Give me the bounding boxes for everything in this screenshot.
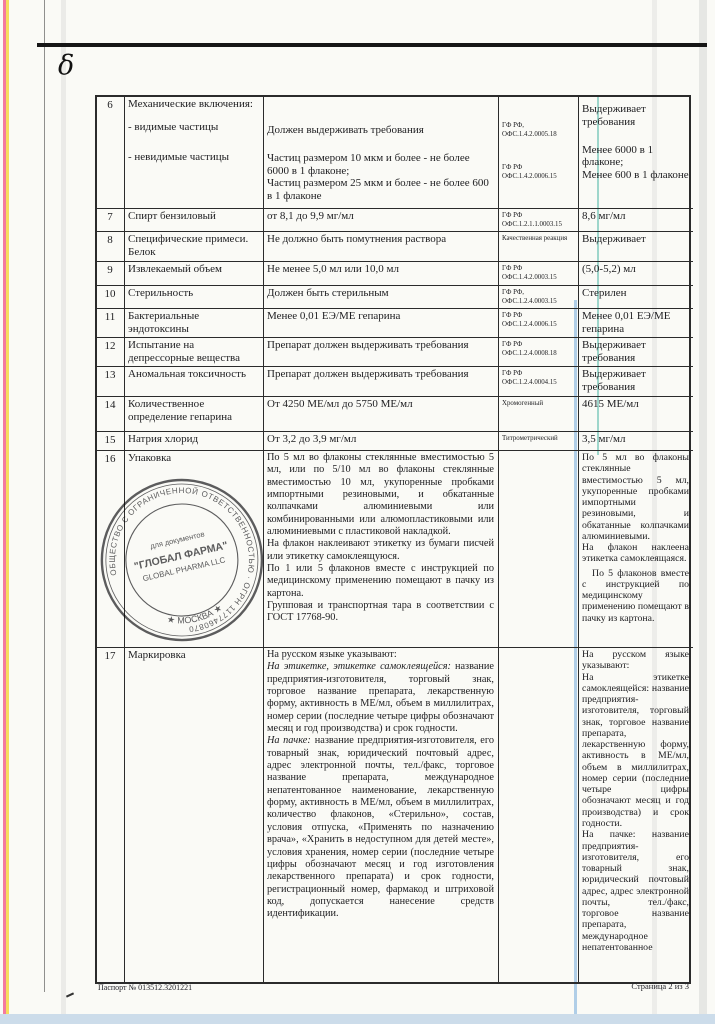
lead-italic: На этикетке, этикетке самоклеящейся: <box>267 661 451 672</box>
cell-paragraph: На флакон наклеивают этикетку из бумаги … <box>267 538 494 563</box>
row7-result: 8,6 мг/мл <box>579 209 693 232</box>
row11-method: ГФ РФ ОФС.1.2.4.0006.15 <box>499 309 579 338</box>
scan-stripe-yellow <box>6 0 9 1024</box>
row9-method: ГФ РФ ОФС.1.4.2.0003.15 <box>499 262 579 286</box>
page-indicator: Страница 2 из 3 <box>631 981 689 991</box>
row15-result: 3,5 мг/мл <box>579 432 693 451</box>
scan-band-left <box>61 0 66 1024</box>
row10-method: ГФ РФ, ОФС.1.2.4.0003.15 <box>499 286 579 309</box>
cell-paragraph: На русском языке указывают: <box>582 649 689 672</box>
cell-paragraph: На русском языке указывают: <box>267 649 494 661</box>
row13-result: Выдерживает требования <box>579 367 693 397</box>
row9-requirement: Не менее 5,0 мл или 10,0 мл <box>264 262 499 286</box>
row7-requirement: от 8,1 до 9,9 мг/мл <box>264 209 499 232</box>
row16-requirement: По 5 мл во флаконы стеклянные вместимост… <box>264 451 499 648</box>
cell-line: - видимые частицы <box>128 121 259 134</box>
cell-paragraph: На этикетке, этикетке самоклеящейся:назв… <box>267 661 494 735</box>
cell-paragraph: По 5 мл во флаконы стеклянные вместимост… <box>582 452 689 542</box>
scan-stripe-magenta <box>3 0 6 1024</box>
row14-requirement: От 4250 МЕ/мл до 5750 МЕ/мл <box>264 397 499 432</box>
row17-requirement: На русском языке указывают: На этикетке,… <box>264 648 499 982</box>
row15-number: 15 <box>97 432 125 451</box>
cell-paragraph: Групповая и транспортная тара в соответс… <box>267 600 494 625</box>
cell-line: Частиц размером 10 мкм и более - не боле… <box>267 152 494 178</box>
row13-name: Аномальная токсичность <box>125 367 264 397</box>
row11-name: Бактериальные эндотоксины <box>125 309 264 338</box>
row9-name: Извлекаемый объем <box>125 262 264 286</box>
cell-line: ГФ РФ ОФС.1.4.2.0006.15 <box>502 164 558 182</box>
row17-name: Маркировка <box>125 648 264 982</box>
row6-number: 6 <box>97 97 125 209</box>
row8-result: Выдерживает <box>579 232 693 262</box>
row17-result: На русском языке указывают: На этикетке … <box>579 648 693 982</box>
handwritten-mark: δ <box>58 50 74 81</box>
top-rule-line <box>37 43 707 47</box>
row12-requirement: Препарат должен выдерживать требования <box>264 338 499 367</box>
scanned-document-page: δ 6 Механические включения: - видимые ча… <box>0 0 715 1024</box>
row14-number: 14 <box>97 397 125 432</box>
row17-number: 17 <box>97 648 125 982</box>
row7-method: ГФ РФ ОФС.1.2.1.1.0003.15 <box>499 209 579 232</box>
cell-line: Менее 6000 в 1 флаконе; <box>582 144 689 170</box>
row10-number: 10 <box>97 286 125 309</box>
row12-number: 12 <box>97 338 125 367</box>
row7-name: Спирт бензиловый <box>125 209 264 232</box>
row9-result: (5,0-5,2) мл <box>579 262 693 286</box>
row14-result: 4615 МЕ/мл <box>579 397 693 432</box>
row13-method: ГФ РФ ОФС.1.2.4.0004.15 <box>499 367 579 397</box>
row15-name: Натрия хлорид <box>125 432 264 451</box>
row8-requirement: Не должно быть помутнения раствора <box>264 232 499 262</box>
lead-italic: На пачке: <box>267 735 311 746</box>
page-edge-line <box>44 0 45 992</box>
cell-line: Выдерживает требования <box>582 103 689 129</box>
row6-name: Механические включения: - видимые частиц… <box>125 97 264 209</box>
row15-requirement: От 3,2 до 3,9 мг/мл <box>264 432 499 451</box>
pen-tick-mark <box>66 992 74 997</box>
cell-line: Частиц размером 25 мкм и более - не боле… <box>267 177 494 203</box>
cell-paragraph: На этикетке самоклеящейся: название пред… <box>582 672 689 830</box>
row6-method: ГФ РФ, ОФС.1.4.2.0005.18 ГФ РФ ОФС.1.4.2… <box>499 97 579 209</box>
row13-requirement: Препарат должен выдерживать требования <box>264 367 499 397</box>
scan-band-right <box>699 0 707 1024</box>
row15-method: Титрометрический <box>499 432 579 451</box>
row10-result: Стерилен <box>579 286 693 309</box>
cell-line: Механические включения: <box>128 98 259 111</box>
row11-number: 11 <box>97 309 125 338</box>
row14-method: Хромогенный <box>499 397 579 432</box>
cell-paragraph: По 1 или 5 флаконов вместе с инструкцией… <box>267 563 494 600</box>
row12-method: ГФ РФ ОФС.1.2.4.0008.18 <box>499 338 579 367</box>
row8-method: Качественная реакция <box>499 232 579 262</box>
row10-name: Стерильность <box>125 286 264 309</box>
paragraph-text: название предприятия-изготовителя, его т… <box>267 735 494 919</box>
row16-result: По 5 мл во флаконы стеклянные вместимост… <box>579 451 693 648</box>
cell-line: Менее 600 в 1 флаконе <box>582 169 689 182</box>
row17-method <box>499 648 579 982</box>
row14-name: Количественное определение гепарина <box>125 397 264 432</box>
cell-line: ГФ РФ, ОФС.1.4.2.0005.18 <box>502 122 574 140</box>
row16-method <box>499 451 579 648</box>
cell-paragraph: На пачке:название предприятия-изготовите… <box>267 735 494 920</box>
row11-requirement: Менее 0,01 ЕЭ/МЕ гепарина <box>264 309 499 338</box>
cell-line: Должен выдерживать требования <box>267 124 494 137</box>
row8-number: 8 <box>97 232 125 262</box>
row13-number: 13 <box>97 367 125 397</box>
cell-line: - невидимые частицы <box>128 151 259 164</box>
scan-bottom-band <box>0 1014 715 1024</box>
row8-name: Специфические примеси. Белок <box>125 232 264 262</box>
cell-paragraph: По 5 флаконов вместе с инструкцией по ме… <box>582 568 689 624</box>
row10-requirement: Должен быть стерильным <box>264 286 499 309</box>
cell-paragraph: На флакон наклеена этикетка самоклеящаяс… <box>582 542 689 565</box>
cell-paragraph: На пачке: название предприятия-изготовит… <box>582 829 689 953</box>
row6-requirement: Должен выдерживать требования Частиц раз… <box>264 97 499 209</box>
row12-result: Выдерживает требования <box>579 338 693 367</box>
document-number: Паспорт № 013512.3201221 <box>98 983 192 992</box>
row12-name: Испытание на депрессорные вещества <box>125 338 264 367</box>
row7-number: 7 <box>97 209 125 232</box>
row6-result: Выдерживает требования Менее 6000 в 1 фл… <box>579 97 693 209</box>
paragraph-text: название предприятия-изготовителя, торго… <box>267 661 494 734</box>
row11-result: Менее 0,01 ЕЭ/МЕ гепарина <box>579 309 693 338</box>
row9-number: 9 <box>97 262 125 286</box>
cell-paragraph: По 5 мл во флаконы стеклянные вместимост… <box>267 452 494 538</box>
